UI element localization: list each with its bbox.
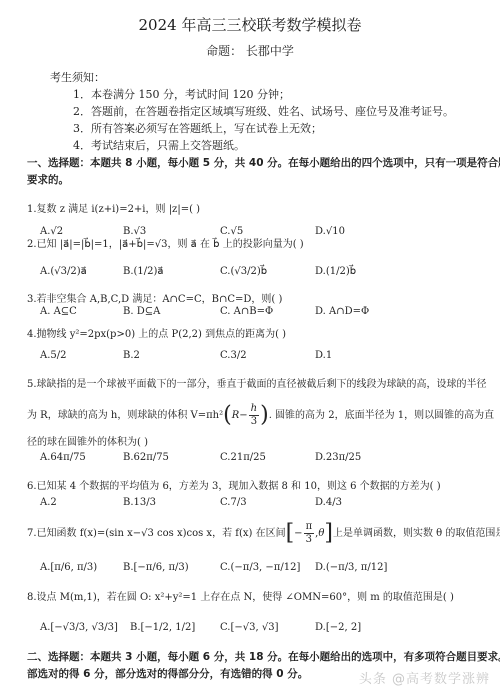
q8-option-b: B.[−1/2, 1/2]: [130, 622, 195, 633]
section-1-instructions-line2: 要求的。: [27, 172, 69, 187]
q6-option-b: B.13/3: [123, 497, 156, 508]
question-8-stem: 8.设点 M(m,1)，若在圆 O: x²+y²=1 上存在点 N，使得 ∠OM…: [27, 588, 454, 603]
q8-option-d: D.[−2, 2]: [315, 622, 361, 633]
question-5-formula-suffix: . 圆锥的高为 2，底面半径为 1，则以圆锥的高为直: [269, 410, 494, 421]
q4-option-a: A.5/2: [40, 350, 67, 361]
q7-option-d: D.(−π/3, π/12]: [315, 562, 387, 573]
q7-option-a: A.[π/6, π/3): [40, 562, 97, 573]
notice-item-4: 4．考试结束后，只需上交答题纸。: [73, 137, 245, 153]
q3-option-d: D. A∩D=Φ: [315, 306, 369, 317]
q3-option-c: C. A∩B=Φ: [220, 306, 273, 317]
q5-option-b: B.62π/75: [123, 452, 169, 463]
q5-option-c: C.21π/25: [220, 452, 266, 463]
question-7-stem: 7.已知函数 f(x)=(sin x−√3 cos x)cos x，若 f(x)…: [27, 522, 500, 545]
q4-option-c: C.3/2: [220, 350, 247, 361]
pi-over-3-fraction: π3: [304, 522, 315, 545]
q5-option-a: A.64π/75: [40, 452, 86, 463]
formula-paren-close: ): [260, 403, 269, 428]
question-7-stem-prefix: 7.已知函数 f(x)=(sin x−√3 cos x)cos x，若 f(x)…: [27, 528, 286, 539]
q6-option-c: C.7/3: [220, 497, 247, 508]
q2-option-a: A.(√3/2)a⃗: [40, 266, 87, 277]
section-2-instructions-line2: 部选对的得 6 分，部分选对的得部分分，有选错的得 0 分。: [27, 666, 308, 681]
notice-item-2: 2．答题前，在答题卷指定区域填写班级、姓名、试场号、座位号及准考证号。: [73, 103, 454, 119]
q7-option-b: B.[−π/6, π/3): [123, 562, 189, 573]
question-5-stem-line1: 5.球缺指的是一个球被平面截下的一部分，垂直于截面的直径被截后剩下的线段为球缺的…: [27, 375, 487, 390]
q6-option-a: A.2: [40, 497, 57, 508]
q2-option-b: B.(1/2)a⃗: [123, 266, 164, 277]
notice-item-1: 1．本卷满分 150 分，考试时间 120 分钟；: [73, 86, 290, 102]
q4-option-b: B.2: [123, 350, 140, 361]
watermark: 头条 @高考数学涨辨: [359, 668, 490, 687]
interval-bracket-open: [: [286, 521, 295, 546]
question-4-stem: 4.抛物线 y²=2px(p>0) 上的点 P(2,2) 到焦点的距离为( ): [27, 325, 286, 340]
q6-option-d: D.4/3: [315, 497, 342, 508]
question-6-stem: 6.已知某 4 个数据的平均值为 6，方差为 3，现加入数据 8 和 10，则这…: [27, 477, 441, 492]
section-2-instructions-line1: 二、选择题：本题共 3 小题，每小题 6 分，共 18 分。在每小题给出的选项中…: [27, 649, 500, 664]
question-5-stem-line2: 为 R，球缺的高为 h，则球缺的体积 V=πh²(R−h3). 圆锥的高为 2，…: [27, 404, 494, 427]
q8-option-a: A.[−√3/3, √3/3]: [40, 622, 118, 633]
q4-option-d: D.1: [315, 350, 332, 361]
question-5-stem-line3: 径的球在圆锥外的体积为( ): [27, 433, 148, 448]
question-1-stem: 1.复数 z 满足 i(z+i)=2+i，则 |z|=( ): [27, 200, 200, 215]
q3-option-a: A. A⊆C: [40, 306, 77, 317]
question-7-stem-suffix: 上是单调函数，则实数 θ 的取值范围是( ): [333, 528, 500, 539]
formula-paren-open: (: [223, 403, 232, 428]
question-2-text: 2.已知 |a⃗|=|b⃗|=1，|a⃗+b⃗|=√3，则 a⃗ 在 b⃗ 上的…: [27, 239, 304, 250]
q1-option-d: D.√10: [315, 226, 345, 237]
exam-author: 命题： 长郡中学: [0, 42, 500, 59]
q7-option-c: C.(−π/3, −π/12]: [220, 562, 300, 573]
section-1-instructions-line1: 一、选择题：本题共 8 小题，每小题 5 分，共 40 分。在每小题给出的四个选…: [27, 155, 500, 170]
notice-heading: 考生须知：: [50, 69, 105, 85]
q5-option-d: D.23π/25: [315, 452, 361, 463]
interval-bracket-close: ]: [324, 521, 333, 546]
exam-title: 2024 年高三三校联考数学模拟卷: [0, 14, 500, 35]
q2-option-d: D.(1/2)b⃗: [315, 266, 356, 277]
q8-option-c: C.[−√3, √3]: [220, 622, 278, 633]
question-5-formula-prefix: 为 R，球缺的高为 h，则球缺的体积 V=πh²: [27, 410, 223, 421]
q2-option-c: C.(√3/2)b⃗: [220, 266, 267, 277]
q3-option-b: B. D⊆A: [123, 306, 160, 317]
h-over-3-fraction: h3: [249, 404, 259, 427]
notice-item-3: 3．所有答案必须写在答题纸上，写在试卷上无效；: [73, 120, 322, 136]
question-2-stem: 2.已知 |a⃗|=|b⃗|=1，|a⃗+b⃗|=√3，则 a⃗ 在 b⃗ 上的…: [27, 235, 304, 250]
question-3-stem: 3.若非空集合 A,B,C,D 满足：A∩C=C，B∩C=D，则( ): [27, 290, 282, 305]
